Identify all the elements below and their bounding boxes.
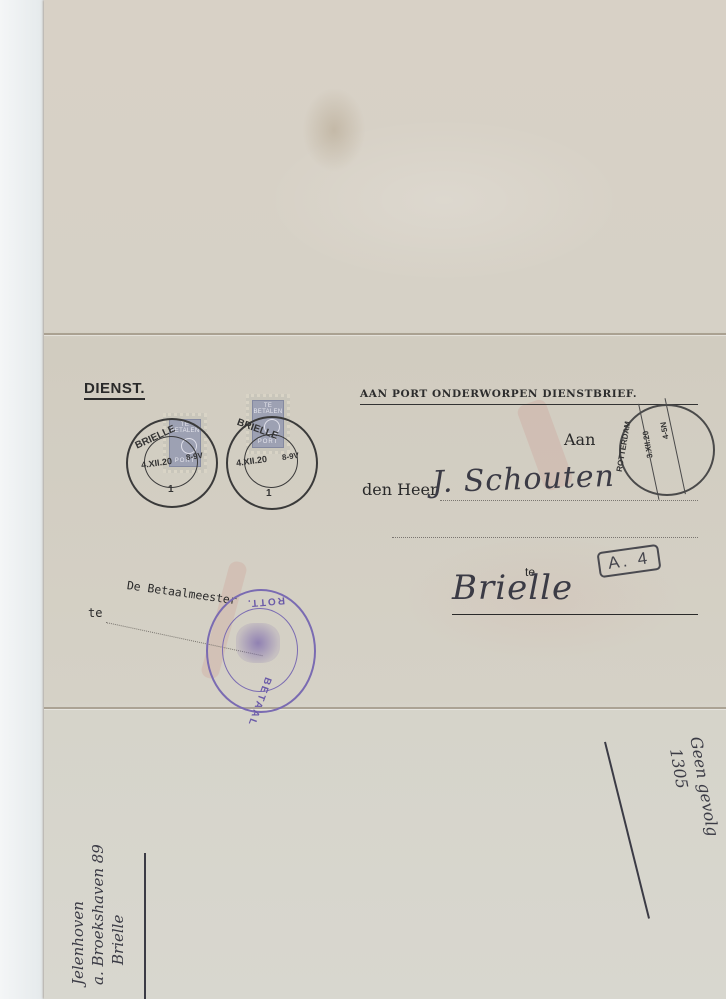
scanner-background: [0, 0, 48, 999]
note-line: Brielle: [108, 844, 128, 985]
postmark-number: 1: [266, 488, 272, 499]
postmark-number: 1: [168, 484, 174, 495]
fold-line-upper: [44, 333, 726, 335]
place-handwritten: Brielle: [452, 568, 573, 608]
document-title: AAN PORT ONDERWORPEN DIENSTBRIEF.: [360, 388, 637, 400]
dienst-label: DIENST.: [84, 380, 145, 400]
place-underline: [452, 614, 698, 615]
stamp-top-text: TE BETALEN: [253, 403, 283, 415]
lion-crest-icon: [236, 623, 280, 663]
ink-stroke: [144, 853, 146, 999]
salutation: den Heer: [362, 480, 438, 499]
recipient-name-handwritten: J. Schouten: [431, 459, 615, 500]
to-label: Aan: [564, 430, 595, 449]
address-line: [440, 500, 698, 501]
address-line: [392, 537, 698, 538]
sender-place-label: te: [88, 606, 102, 620]
note-line: Jelenhoven: [68, 844, 88, 985]
fold-line-lower: [44, 707, 726, 709]
note-line: a. Broekshaven 89: [88, 844, 108, 985]
handwritten-note-left: Jelenhoven a. Broekshaven 89 Brielle: [68, 844, 128, 985]
